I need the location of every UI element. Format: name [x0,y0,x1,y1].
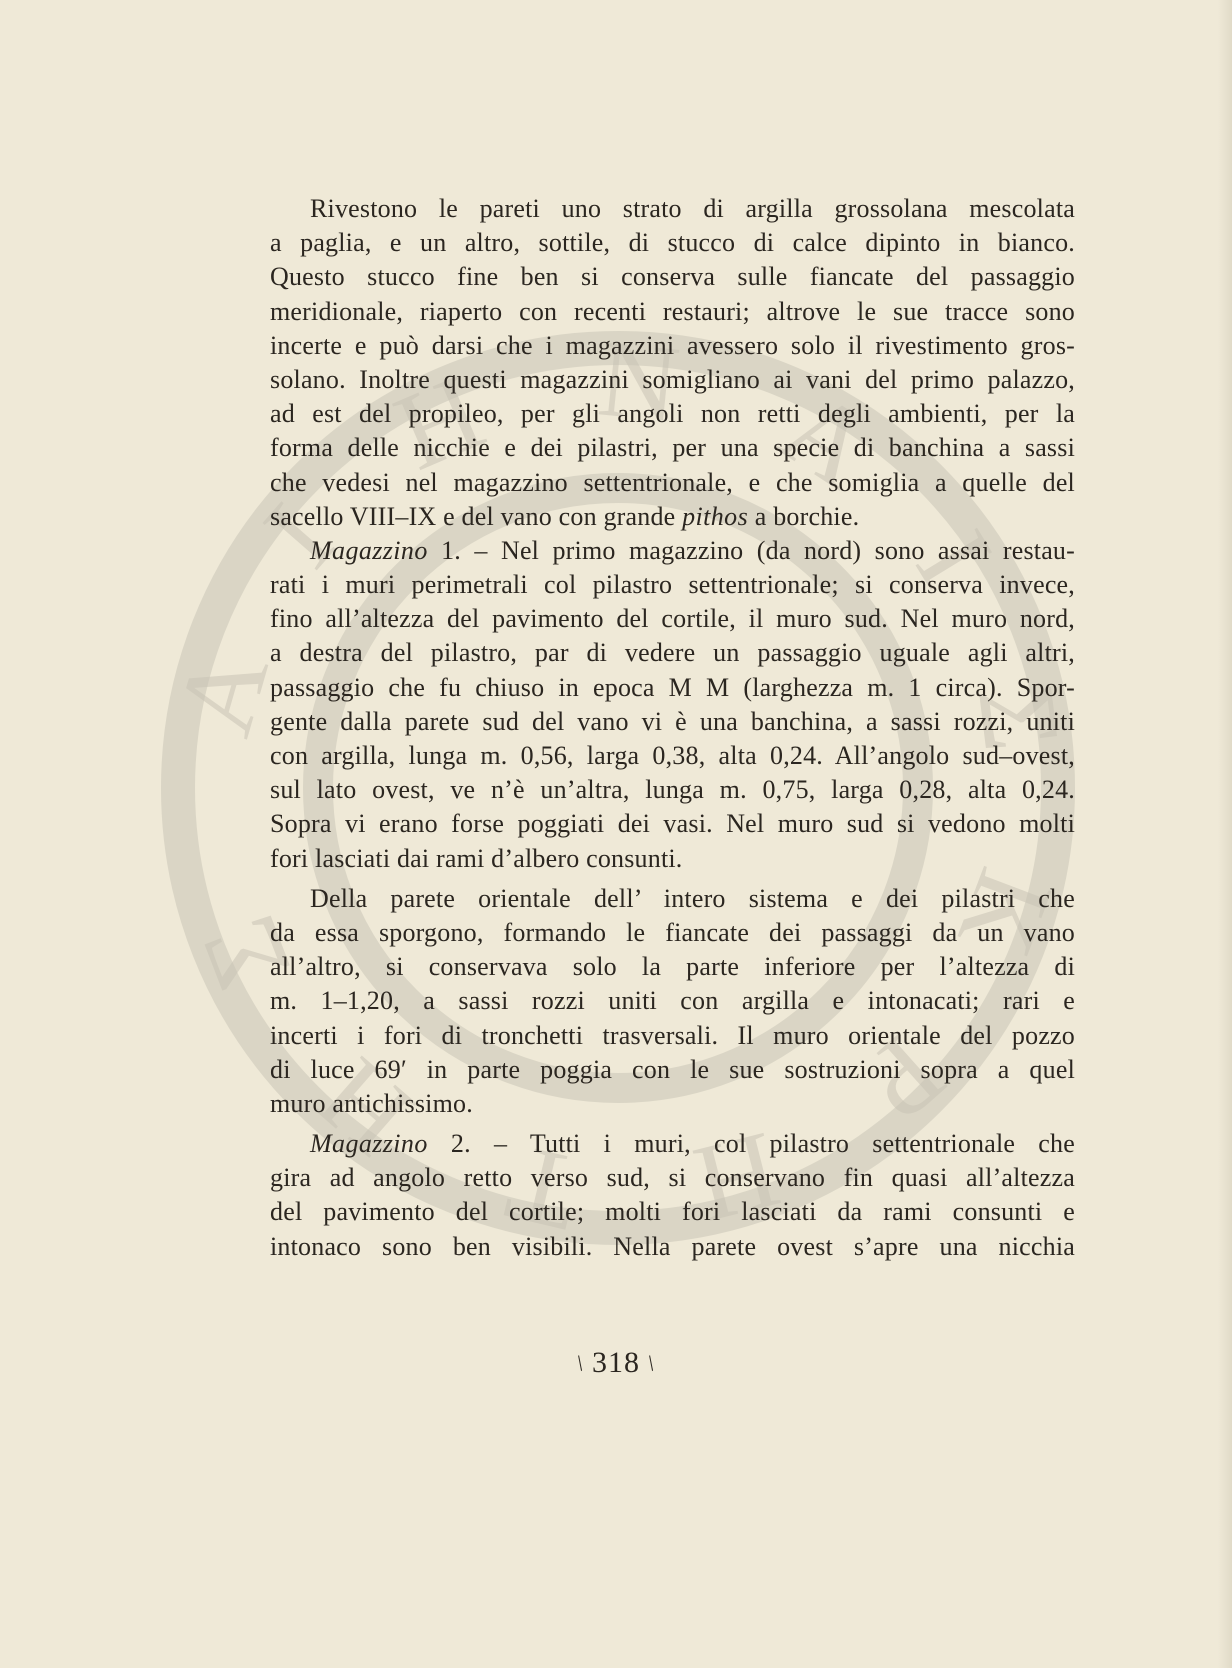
paragraph-1: Rivestono le pareti uno strato di argill… [270,192,1075,534]
text-line: ad est del propileo, per gli angoli non … [270,397,1075,431]
section-heading-magazzino: Magazzino [310,536,428,565]
section-heading-line: Magazzino 2. – Tutti i muri, col pilastr… [270,1127,1075,1161]
text-line: passaggio che fu chiuso in epoca M M (la… [270,671,1075,705]
text-line: sacello VIII–IX e del vano con grande pi… [270,500,1075,534]
text-line: Questo stucco fine ben si conserva sulle… [270,260,1075,294]
text-line: di luce 69′ in parte poggia con le sue s… [270,1053,1075,1087]
text-line: forma delle nicchie e dei pilastri, per … [270,431,1075,465]
text-line: gira ad angolo retto verso sud, si conse… [270,1161,1075,1195]
text-line: a paglia, e un altro, sottile, di stucco… [270,226,1075,260]
paragraph-magazzino-2: Magazzino 2. – Tutti i muri, col pilastr… [270,1127,1075,1264]
text-line: solano. Inoltre questi magazzini somigli… [270,363,1075,397]
text-line: m. 1–1,20, a sassi rozzi uniti con argil… [270,984,1075,1018]
paragraph-3: Della parete orientale dell’ intero sist… [270,882,1075,1121]
text-fragment: 2. – Tutti i muri, col pilastro settentr… [428,1129,1075,1158]
ornament-tick-icon: / [642,1350,661,1376]
text-line: all’altro, si conservava solo la parte i… [270,950,1075,984]
text-line: incerte e può darsi che i magazzini aves… [270,329,1075,363]
text-line: del pavimento del cortile; molti fori la… [270,1195,1075,1229]
page-edge-shadow [1218,0,1232,1668]
italic-term-pithos: pithos [682,502,748,531]
text-line: sul lato ovest, ve n’è un’altra, lunga m… [270,773,1075,807]
text-line: rati i muri perimetrali col pilastro set… [270,568,1075,602]
section-heading-magazzino: Magazzino [310,1129,428,1158]
text-line: Sopra vi erano forse poggiati dei vasi. … [270,807,1075,841]
text-line: a destra del pilastro, par di vedere un … [270,636,1075,670]
text-line: fori lasciati dai rami d’albero consunti… [270,842,1075,876]
text-fragment: a borchie. [748,502,859,531]
ornament-tick-icon: / [571,1350,590,1376]
text-line: Della parete orientale dell’ intero sist… [270,882,1075,916]
body-text: Rivestono le pareti uno strato di argill… [270,192,1075,1264]
text-line: incerti i fori di tronchetti trasversali… [270,1019,1075,1053]
text-line: Rivestono le pareti uno strato di argill… [270,192,1075,226]
text-line: intonaco sono ben visibili. Nella parete… [270,1230,1075,1264]
section-heading-line: Magazzino 1. – Nel primo magazzino (da n… [270,534,1075,568]
page-number-value: 318 [592,1346,640,1379]
paragraph-magazzino-1: Magazzino 1. – Nel primo magazzino (da n… [270,534,1075,876]
text-line: da essa sporgono, formando le fiancate d… [270,916,1075,950]
text-fragment: 1. – Nel primo magazzino (da nord) sono … [428,536,1075,565]
text-line: meridionale, riaperto con recenti restau… [270,295,1075,329]
text-line: gente dalla parete sud del vano vi è una… [270,705,1075,739]
text-line: muro antichissimo. [270,1087,1075,1121]
text-line: che vedesi nel magazzino settentrionale,… [270,466,1075,500]
text-fragment: sacello VIII–IX e del vano con grande [270,502,682,531]
page-number: /318/ [0,1346,1232,1380]
text-line: fino all’altezza del pavimento del corti… [270,602,1075,636]
text-line: con argilla, lunga m. 0,56, larga 0,38, … [270,739,1075,773]
